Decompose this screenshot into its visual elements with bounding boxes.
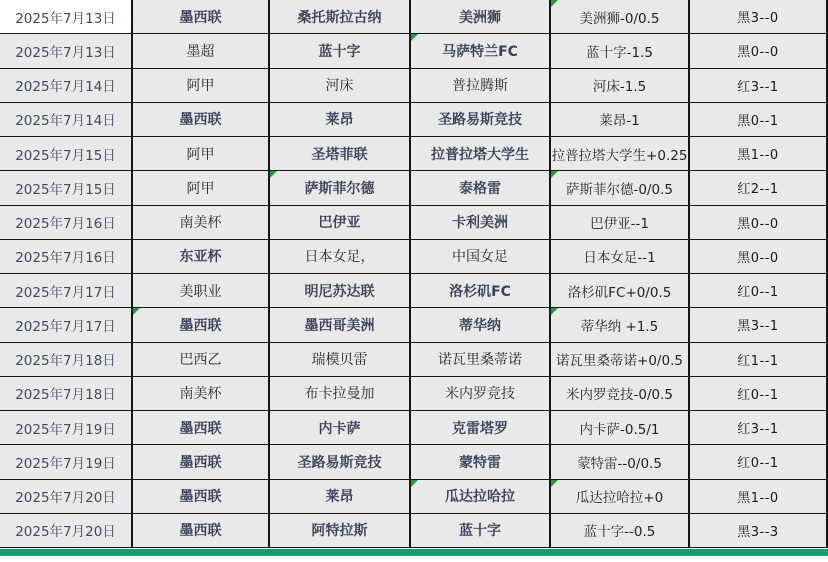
league-cell[interactable]: 墨西联 bbox=[133, 514, 270, 548]
away-team-cell[interactable]: 圣路易斯竞技 bbox=[411, 103, 551, 137]
away-team-cell[interactable]: 瓜达拉哈拉 bbox=[411, 480, 551, 514]
league-cell[interactable]: 阿甲 bbox=[133, 171, 270, 205]
away-team-cell[interactable]: 拉普拉塔大学生 bbox=[411, 137, 551, 171]
away-team-cell[interactable]: 蓝十字 bbox=[411, 514, 551, 548]
handicap-label: 瓜达拉哈拉+0 bbox=[576, 486, 663, 506]
result-cell[interactable]: 红2--1 bbox=[690, 171, 828, 205]
away-team-cell[interactable]: 洛杉矶FC bbox=[411, 274, 551, 308]
date-label: 2025年7月15日 bbox=[15, 144, 116, 164]
result-label: 红3--1 bbox=[737, 418, 778, 437]
result-label: 红0--1 bbox=[737, 452, 778, 471]
away-team-label: 泰格雷 bbox=[459, 178, 501, 198]
league-label: 墨西联 bbox=[180, 109, 222, 129]
league-label: 墨西联 bbox=[180, 520, 222, 540]
date-cell[interactable]: 2025年7月13日 bbox=[0, 34, 133, 68]
home-team-label: 瑞模贝雷 bbox=[312, 349, 368, 369]
handicap-label: 巴伊亚--1 bbox=[590, 212, 649, 232]
date-label: 2025年7月16日 bbox=[15, 212, 116, 232]
league-label: 墨西联 bbox=[180, 418, 222, 438]
away-team-label: 蒙特雷 bbox=[459, 452, 501, 472]
date-label: 2025年7月19日 bbox=[15, 452, 116, 472]
league-label: 墨超 bbox=[187, 41, 215, 61]
date-label: 2025年7月14日 bbox=[15, 109, 116, 129]
result-label: 黑1--0 bbox=[737, 487, 778, 506]
date-cell[interactable]: 2025年7月14日 bbox=[0, 103, 133, 137]
home-team-cell[interactable]: 内卡萨 bbox=[270, 411, 411, 445]
handicap-cell[interactable]: 蒙特雷--0/0.5 bbox=[551, 445, 690, 479]
league-label: 墨西联 bbox=[180, 315, 222, 335]
home-team-label: 桑托斯拉古纳 bbox=[298, 7, 382, 27]
league-cell[interactable]: 墨西联 bbox=[133, 308, 270, 342]
date-cell[interactable]: 2025年7月15日 bbox=[0, 137, 133, 171]
date-label: 2025年7月19日 bbox=[15, 418, 116, 438]
handicap-cell[interactable]: 蒂华纳 +1.5 bbox=[551, 308, 690, 342]
handicap-label: 美洲狮-0/0.5 bbox=[580, 7, 660, 27]
league-cell[interactable]: 墨西联 bbox=[133, 445, 270, 479]
date-label: 2025年7月18日 bbox=[15, 349, 116, 369]
home-team-cell[interactable]: 布卡拉曼加 bbox=[270, 377, 411, 411]
home-team-label: 圣塔菲联 bbox=[312, 144, 368, 164]
home-team-label: 河床 bbox=[326, 75, 354, 95]
date-cell[interactable]: 2025年7月20日 bbox=[0, 480, 133, 514]
date-label: 2025年7月18日 bbox=[15, 383, 116, 403]
away-team-label: 圣路易斯竞技 bbox=[438, 109, 522, 129]
result-label: 黑3--1 bbox=[737, 315, 778, 334]
home-team-label: 巴伊亚 bbox=[319, 212, 361, 232]
handicap-label: 蓝十字-1.5 bbox=[586, 41, 653, 61]
result-cell[interactable]: 黑1--0 bbox=[690, 480, 828, 514]
result-label: 黑1--0 bbox=[737, 144, 778, 163]
error-marker-icon bbox=[411, 34, 418, 41]
away-team-cell[interactable]: 克雷塔罗 bbox=[411, 411, 551, 445]
home-team-cell[interactable]: 圣塔菲联 bbox=[270, 137, 411, 171]
league-label: 南美杯 bbox=[180, 383, 222, 403]
date-label: 2025年7月20日 bbox=[15, 520, 116, 540]
home-team-cell[interactable]: 桑托斯拉古纳 bbox=[270, 0, 411, 34]
result-label: 黑0--0 bbox=[737, 247, 778, 266]
home-team-label: 圣路易斯竞技 bbox=[298, 452, 382, 472]
handicap-label: 拉普拉塔大学生+0.25 bbox=[552, 144, 688, 164]
date-cell[interactable]: 2025年7月18日 bbox=[0, 377, 133, 411]
date-label: 2025年7月17日 bbox=[15, 315, 116, 335]
home-team-cell[interactable]: 巴伊亚 bbox=[270, 206, 411, 240]
league-cell[interactable]: 巴西乙 bbox=[133, 343, 270, 377]
away-team-cell[interactable]: 蒂华纳 bbox=[411, 308, 551, 342]
away-team-cell[interactable]: 美洲狮 bbox=[411, 0, 551, 34]
date-cell[interactable]: 2025年7月19日 bbox=[0, 445, 133, 479]
handicap-cell[interactable]: 河床-1.5 bbox=[551, 69, 690, 103]
date-label: 2025年7月14日 bbox=[15, 75, 116, 95]
result-cell[interactable]: 红3--1 bbox=[690, 69, 828, 103]
handicap-cell[interactable]: 美洲狮-0/0.5 bbox=[551, 0, 690, 34]
away-team-cell[interactable]: 诺瓦里桑蒂诺 bbox=[411, 343, 551, 377]
away-team-label: 普拉腾斯 bbox=[452, 75, 508, 95]
home-team-label: 内卡萨 bbox=[319, 418, 361, 438]
league-label: 南美杯 bbox=[180, 212, 222, 232]
home-team-cell[interactable]: 莱昂 bbox=[270, 103, 411, 137]
league-label: 阿甲 bbox=[187, 75, 215, 95]
result-cell[interactable]: 红3--1 bbox=[690, 411, 828, 445]
result-label: 黑0--1 bbox=[737, 110, 778, 129]
league-cell[interactable]: 阿甲 bbox=[133, 69, 270, 103]
sheet-boundary-bar bbox=[0, 549, 828, 556]
result-label: 红3--1 bbox=[737, 76, 778, 95]
league-cell[interactable]: 墨超 bbox=[133, 34, 270, 68]
result-cell[interactable]: 黑3--0 bbox=[690, 0, 828, 34]
handicap-cell[interactable]: 米内罗竞技-0/0.5 bbox=[551, 377, 690, 411]
date-label: 2025年7月16日 bbox=[15, 246, 116, 266]
handicap-cell[interactable]: 内卡萨-0.5/1 bbox=[551, 411, 690, 445]
away-team-label: 蒂华纳 bbox=[459, 315, 501, 335]
home-team-label: 日本女足， bbox=[305, 246, 375, 266]
away-team-cell[interactable]: 蒙特雷 bbox=[411, 445, 551, 479]
date-cell[interactable]: 2025年7月20日 bbox=[0, 514, 133, 548]
league-cell[interactable]: 美职业 bbox=[133, 274, 270, 308]
league-label: 巴西乙 bbox=[180, 349, 222, 369]
home-team-cell[interactable]: 萨斯菲尔德 bbox=[270, 171, 411, 205]
handicap-label: 诺瓦里桑蒂诺+0/0.5 bbox=[556, 349, 683, 369]
result-cell[interactable]: 黑1--0 bbox=[690, 137, 828, 171]
home-team-cell[interactable]: 蓝十字 bbox=[270, 34, 411, 68]
home-team-cell[interactable]: 河床 bbox=[270, 69, 411, 103]
handicap-label: 蓝十字--0.5 bbox=[584, 520, 656, 540]
league-cell[interactable]: 墨西联 bbox=[133, 103, 270, 137]
league-label: 美职业 bbox=[180, 281, 222, 301]
away-team-label: 马萨特兰FC bbox=[442, 41, 518, 61]
league-label: 阿甲 bbox=[187, 144, 215, 164]
error-marker-icon bbox=[551, 0, 558, 7]
handicap-cell[interactable]: 蓝十字--0.5 bbox=[551, 514, 690, 548]
handicap-label: 萨斯菲尔德-0/0.5 bbox=[566, 178, 673, 198]
home-team-label: 萨斯菲尔德 bbox=[305, 178, 375, 198]
date-label: 2025年7月13日 bbox=[15, 7, 116, 27]
away-team-label: 克雷塔罗 bbox=[452, 418, 508, 438]
error-marker-icon bbox=[551, 308, 558, 315]
handicap-label: 日本女足--1 bbox=[583, 246, 655, 266]
away-team-cell[interactable]: 中国女足 bbox=[411, 240, 551, 274]
match-table: 2025年7月13日 墨西联 桑托斯拉古纳 美洲狮 美洲狮-0/0.5 黑3--… bbox=[0, 0, 828, 548]
result-cell[interactable]: 红0--1 bbox=[690, 377, 828, 411]
handicap-label: 蒙特雷--0/0.5 bbox=[577, 452, 662, 472]
error-marker-icon bbox=[411, 480, 418, 487]
date-cell[interactable]: 2025年7月19日 bbox=[0, 411, 133, 445]
result-cell[interactable]: 黑3--1 bbox=[690, 308, 828, 342]
result-label: 红0--1 bbox=[737, 384, 778, 403]
date-cell[interactable]: 2025年7月13日 bbox=[0, 0, 133, 34]
league-cell[interactable]: 东亚杯 bbox=[133, 240, 270, 274]
home-team-cell[interactable]: 莱昂 bbox=[270, 480, 411, 514]
result-cell[interactable]: 黑0--1 bbox=[690, 103, 828, 137]
date-cell[interactable]: 2025年7月16日 bbox=[0, 240, 133, 274]
handicap-label: 蒂华纳 +1.5 bbox=[581, 315, 659, 335]
result-cell[interactable]: 黑0--0 bbox=[690, 34, 828, 68]
result-cell[interactable]: 红1--1 bbox=[690, 343, 828, 377]
league-cell[interactable]: 阿甲 bbox=[133, 137, 270, 171]
home-team-cell[interactable]: 阿特拉斯 bbox=[270, 514, 411, 548]
league-label: 墨西联 bbox=[180, 486, 222, 506]
error-marker-icon bbox=[133, 308, 140, 315]
league-cell[interactable]: 墨西联 bbox=[133, 480, 270, 514]
home-team-label: 布卡拉曼加 bbox=[305, 383, 375, 403]
league-cell[interactable]: 墨西联 bbox=[133, 411, 270, 445]
handicap-cell[interactable]: 莱昂-1 bbox=[551, 103, 690, 137]
date-cell[interactable]: 2025年7月17日 bbox=[0, 274, 133, 308]
handicap-cell[interactable]: 洛杉矶FC+0/0.5 bbox=[551, 274, 690, 308]
away-team-cell[interactable]: 米内罗竞技 bbox=[411, 377, 551, 411]
home-team-label: 蓝十字 bbox=[319, 41, 361, 61]
home-team-label: 莱昂 bbox=[326, 109, 354, 129]
result-label: 黑3--3 bbox=[737, 521, 778, 540]
away-team-label: 中国女足 bbox=[452, 246, 508, 266]
handicap-label: 洛杉矶FC+0/0.5 bbox=[568, 281, 672, 301]
league-label: 东亚杯 bbox=[180, 246, 222, 266]
handicap-cell[interactable]: 巴伊亚--1 bbox=[551, 206, 690, 240]
away-team-cell[interactable]: 泰格雷 bbox=[411, 171, 551, 205]
result-label: 黑0--0 bbox=[737, 213, 778, 232]
handicap-label: 内卡萨-0.5/1 bbox=[580, 418, 660, 438]
error-marker-icon bbox=[551, 171, 558, 178]
date-label: 2025年7月17日 bbox=[15, 281, 116, 301]
date-cell[interactable]: 2025年7月15日 bbox=[0, 171, 133, 205]
result-label: 红2--1 bbox=[737, 178, 778, 197]
result-cell[interactable]: 红0--1 bbox=[690, 445, 828, 479]
result-label: 红1--1 bbox=[737, 350, 778, 369]
date-cell[interactable]: 2025年7月16日 bbox=[0, 206, 133, 240]
handicap-label: 河床-1.5 bbox=[593, 75, 646, 95]
away-team-cell[interactable]: 卡利美洲 bbox=[411, 206, 551, 240]
league-cell[interactable]: 南美杯 bbox=[133, 206, 270, 240]
date-cell[interactable]: 2025年7月17日 bbox=[0, 308, 133, 342]
handicap-cell[interactable]: 萨斯菲尔德-0/0.5 bbox=[551, 171, 690, 205]
date-cell[interactable]: 2025年7月18日 bbox=[0, 343, 133, 377]
home-team-cell[interactable]: 圣路易斯竞技 bbox=[270, 445, 411, 479]
spreadsheet-view: 2025年7月13日 墨西联 桑托斯拉古纳 美洲狮 美洲狮-0/0.5 黑3--… bbox=[0, 0, 828, 562]
home-team-label: 明尼苏达联 bbox=[305, 281, 375, 301]
date-cell[interactable]: 2025年7月14日 bbox=[0, 69, 133, 103]
league-cell[interactable]: 南美杯 bbox=[133, 377, 270, 411]
home-team-cell[interactable]: 瑞模贝雷 bbox=[270, 343, 411, 377]
handicap-cell[interactable]: 日本女足--1 bbox=[551, 240, 690, 274]
league-cell[interactable]: 墨西联 bbox=[133, 0, 270, 34]
handicap-label: 米内罗竞技-0/0.5 bbox=[566, 383, 673, 403]
league-label: 阿甲 bbox=[187, 178, 215, 198]
league-label: 墨西联 bbox=[180, 452, 222, 472]
result-cell[interactable]: 红0--1 bbox=[690, 274, 828, 308]
home-team-cell[interactable]: 明尼苏达联 bbox=[270, 274, 411, 308]
home-team-cell[interactable]: 墨西哥美洲 bbox=[270, 308, 411, 342]
away-team-cell[interactable]: 普拉腾斯 bbox=[411, 69, 551, 103]
result-label: 红0--1 bbox=[737, 281, 778, 300]
away-team-label: 美洲狮 bbox=[459, 7, 501, 27]
away-team-label: 卡利美洲 bbox=[452, 212, 508, 232]
date-label: 2025年7月20日 bbox=[15, 486, 116, 506]
away-team-cell[interactable]: 马萨特兰FC bbox=[411, 34, 551, 68]
away-team-label: 蓝十字 bbox=[459, 520, 501, 540]
handicap-cell[interactable]: 拉普拉塔大学生+0.25 bbox=[551, 137, 690, 171]
home-team-label: 阿特拉斯 bbox=[312, 520, 368, 540]
result-cell[interactable]: 黑0--0 bbox=[690, 240, 828, 274]
result-label: 黑3--0 bbox=[737, 7, 778, 26]
error-marker-icon bbox=[270, 171, 277, 178]
away-team-label: 米内罗竞技 bbox=[445, 383, 515, 403]
league-label: 墨西联 bbox=[180, 7, 222, 27]
handicap-cell[interactable]: 瓜达拉哈拉+0 bbox=[551, 480, 690, 514]
home-team-label: 墨西哥美洲 bbox=[305, 315, 375, 335]
away-team-label: 拉普拉塔大学生 bbox=[431, 144, 529, 164]
home-team-cell[interactable]: 日本女足， bbox=[270, 240, 411, 274]
away-team-label: 洛杉矶FC bbox=[449, 281, 511, 301]
result-cell[interactable]: 黑0--0 bbox=[690, 206, 828, 240]
handicap-label: 莱昂-1 bbox=[599, 109, 639, 129]
result-cell[interactable]: 黑3--3 bbox=[690, 514, 828, 548]
error-marker-icon bbox=[551, 480, 558, 487]
date-label: 2025年7月15日 bbox=[15, 178, 116, 198]
home-team-label: 莱昂 bbox=[326, 486, 354, 506]
date-label: 2025年7月13日 bbox=[15, 41, 116, 61]
handicap-cell[interactable]: 蓝十字-1.5 bbox=[551, 34, 690, 68]
handicap-cell[interactable]: 诺瓦里桑蒂诺+0/0.5 bbox=[551, 343, 690, 377]
result-label: 黑0--0 bbox=[737, 41, 778, 60]
away-team-label: 诺瓦里桑蒂诺 bbox=[438, 349, 522, 369]
away-team-label: 瓜达拉哈拉 bbox=[445, 486, 515, 506]
